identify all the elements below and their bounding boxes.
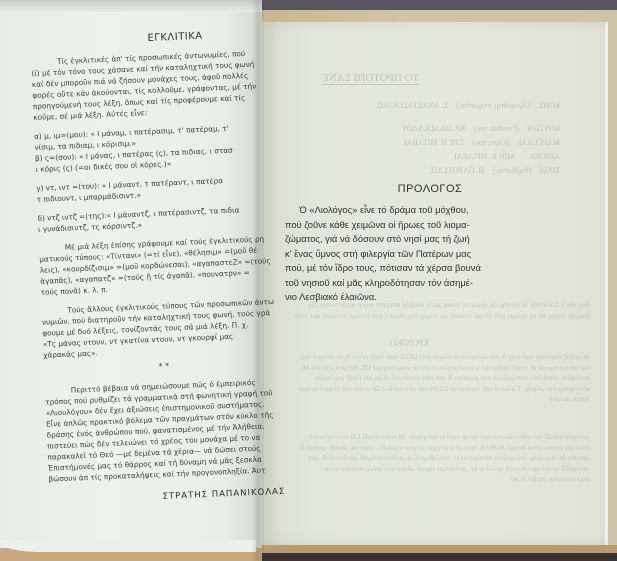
bleed-through-cast-row: ΛΙΝΟΥΔ ΜΙΡ. Β. ΜΙΤΑΒΑΙ — [300, 152, 560, 161]
book-gutter-shadow — [252, 0, 264, 561]
right-page-edge — [605, 22, 608, 545]
right-page-text: ΠΡΟΛΟΓΟΣ Ὁ «Λιολόγος» εἶνε τό δράμα τοῦ … — [285, 183, 575, 305]
left-page-text: ΕΓΚΛΙΤΙΚΑ Τίς ἐγκλιτικές ἀπ' τίς προσωπι… — [30, 28, 289, 507]
prologue-title: ΠΡΟΛΟΓΟΣ — [285, 183, 575, 195]
bleed-through-cast-row: ΜΑΡΓΕΛΛΙ (Κόρες του) ΣΤΡ. Β. ΜΙΤΑΒΑΙ — [300, 138, 560, 147]
text-line: πού ζοῦνε κάθε χειμῶνα οἱ ἥρωες τοῦ λιομ… — [285, 218, 575, 233]
section-separator: * * — [44, 357, 284, 376]
bleed-through-cast-row: ΚΟΥΖΗΝ (Γυναίκα του) ΧΡ. ΔΙΔΑΣΚΑΛΟΥ — [300, 124, 560, 133]
bleed-through-text-block: ,ουτορπόιρλοΠ ὐοτ αιθότοδορολ ομλ εμ ακ … — [290, 432, 590, 492]
bleed-through-cast-row: ΤΙΝΙΖ (Ραβδιστής) Π. ΠΑΡΟΤΣΑΙΣ — [300, 166, 560, 175]
bleed-through-text-block: ἁτ ,ὐέγτζ ωυροπμε εαδυολγ Ἀ ντυ κοτοσεισ… — [290, 352, 590, 432]
text-line: νιο Λεσβιακό ἐλαιῶνα. — [285, 290, 575, 305]
text-line: Ὁ «Λιολόγος» εἶνε τό δράμα τοῦ μόχθου, — [285, 203, 575, 218]
text-line: πού, μέ τόν ἵδρο τους, πότισαν τά χέρσα … — [285, 261, 575, 276]
bleed-through-cast-row: ΚΟΠΣ (Αγωγιάτης κτηματίας) Σ. ΑΝΑΣΤΑΣΕΛΛ… — [300, 101, 560, 110]
bleed-through-heading: ΤΟ ΠΡΟΤΟΠΙ ΣΑΝΕ — [322, 72, 419, 85]
bleed-through-section-title: ΧΡΟΝΙΚΟ — [390, 338, 430, 348]
left-page-top-shadow — [0, 0, 262, 12]
left-page-bottom-curl — [0, 540, 256, 552]
table-surface — [256, 553, 617, 561]
text-line: τοῦ νησιοῦ καί μᾶς κληροδότησαν τόν ἀσημ… — [285, 276, 575, 291]
text-line: κ' ἕνας ὕμνος στή φιλεργία τῶν Πατέρων μ… — [285, 247, 575, 262]
bleed-through-text-block: ᾶκα νάν ὑ Σόλαντας τα γεννημ ὡς αγμωποι … — [290, 300, 590, 332]
text-line: ζώματος, γιά νά δόσουν στό νησί μας τή ζ… — [285, 232, 575, 247]
